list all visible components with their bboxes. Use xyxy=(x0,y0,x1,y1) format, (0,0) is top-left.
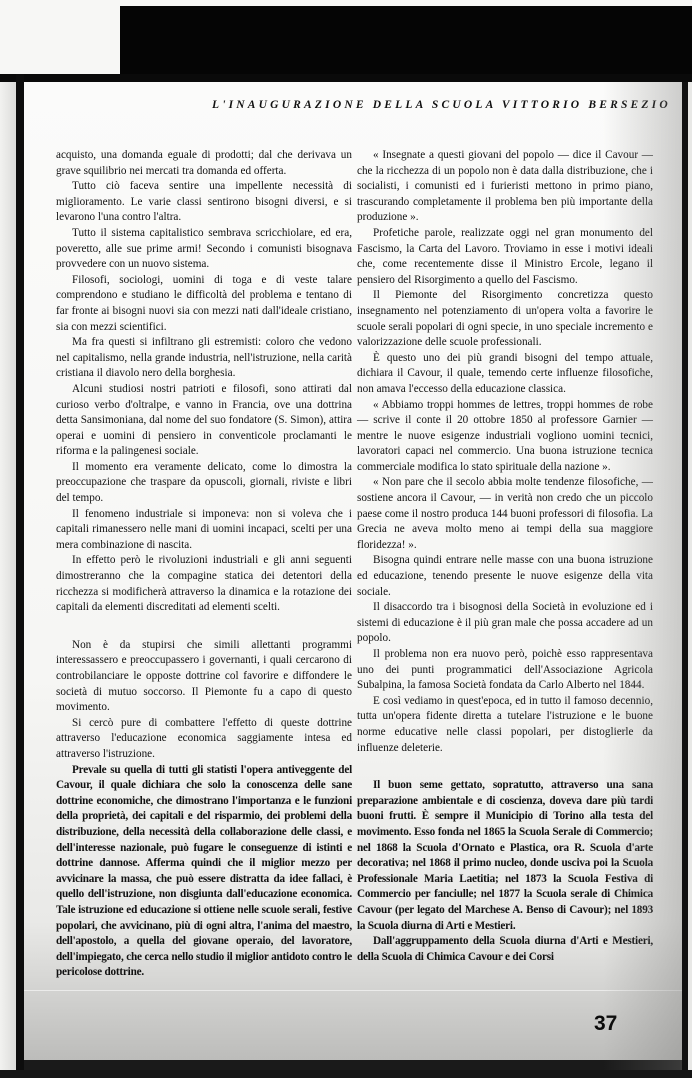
paragraph: Bisogna quindi entrare nelle masse con u… xyxy=(357,553,653,600)
scan-bottom-strip xyxy=(0,1070,692,1078)
paragraph: Dall'aggruppamento della Scuola diurna d… xyxy=(357,934,653,965)
paragraph: Profetiche parole, realizzate oggi nel g… xyxy=(357,226,653,288)
paragraph: Tutto il sistema capitalistico sembrava … xyxy=(56,226,352,273)
paragraph: È questo uno dei più grandi bisogni del … xyxy=(357,351,653,398)
left-column: acquisto, una domanda eguale di prodotti… xyxy=(56,148,352,981)
paragraph: Ma fra questi si infiltrano gli estremis… xyxy=(56,335,352,382)
paragraph: Il Piemonte del Risorgimento concretizza… xyxy=(357,288,653,350)
paragraph: Prevale su quella di tutti gli statisti … xyxy=(56,763,352,981)
right-column: « Insegnate a questi giovani del popolo … xyxy=(357,148,653,965)
paragraph: E così vediamo in quest'epoca, ed in tut… xyxy=(357,694,653,756)
scan-right-margin xyxy=(688,82,692,1078)
paragraph: « Abbiamo troppi hommes de lettres, trop… xyxy=(357,398,653,476)
paragraph: Il problema non era nuovo però, poichè e… xyxy=(357,647,653,694)
paragraph: Non è da stupirsi che simili allettanti … xyxy=(56,638,352,716)
scan-bottom-edge xyxy=(24,1060,682,1070)
paragraph: Alcuni studiosi nostri patrioti e filoso… xyxy=(56,382,352,460)
paragraph: In effetto però le rivoluzioni industria… xyxy=(56,553,352,615)
scan-left-edge xyxy=(16,74,24,1074)
paragraph: Il disaccordo tra i bisognosi della Soci… xyxy=(357,600,653,647)
paragraph: Il buon seme gettato, sopratutto, attrav… xyxy=(357,778,653,934)
paragraph: « Insegnate a questi giovani del popolo … xyxy=(357,148,653,226)
paragraph: « Non pare che il secolo abbia molte ten… xyxy=(357,475,653,553)
scan-left-margin xyxy=(0,82,16,1078)
scan-top-edge xyxy=(0,74,692,82)
magazine-page: L'INAUGURAZIONE DELLA SCUOLA VITTORIO BE… xyxy=(24,82,682,1070)
scan-black-block xyxy=(120,6,692,82)
paragraph: Il momento era veramente delicato, come … xyxy=(56,460,352,507)
page-number: 37 xyxy=(594,1012,617,1036)
paragraph: Tutto ciò faceva sentire una impellente … xyxy=(56,179,352,226)
paragraph: Il fenomeno industriale si imponeva: non… xyxy=(56,507,352,554)
paragraph: Si cercò pure di combattere l'effetto di… xyxy=(56,716,352,763)
running-head: L'INAUGURAZIONE DELLA SCUOLA VITTORIO BE… xyxy=(212,99,662,111)
scan-fold-line xyxy=(24,990,682,991)
paragraph: Filosofi, sociologi, uomini di toga e di… xyxy=(56,273,352,335)
paragraph: acquisto, una domanda eguale di prodotti… xyxy=(56,148,352,179)
